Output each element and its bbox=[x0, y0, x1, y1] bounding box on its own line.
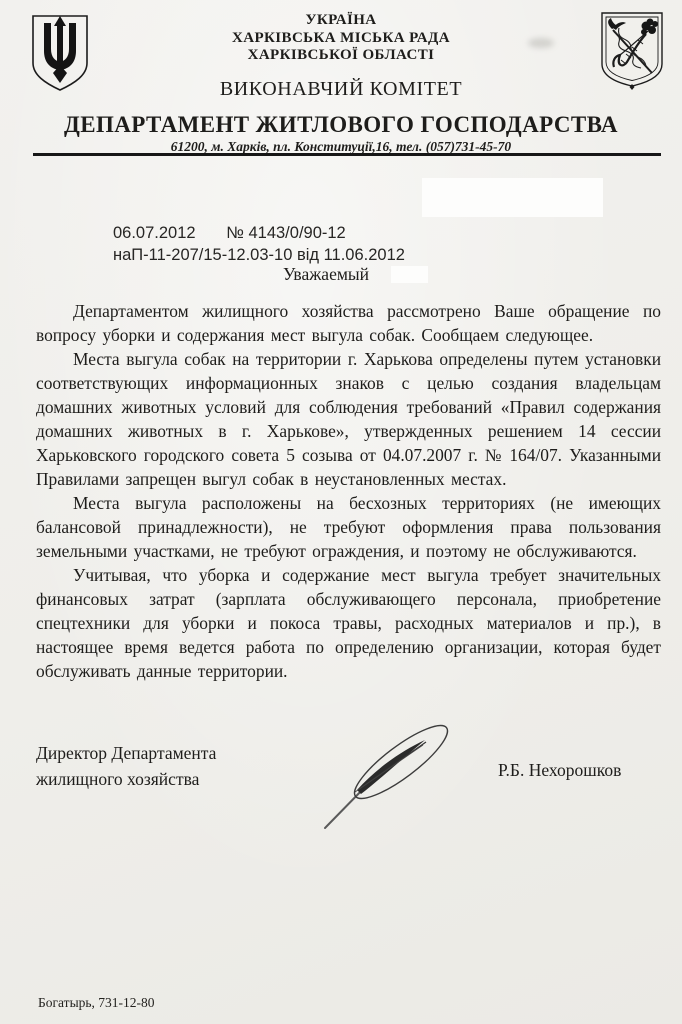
reference-line-incoming: наП-11-207/15-12.03-10 від 11.06.2012 bbox=[113, 244, 405, 266]
ukraine-trident-icon bbox=[29, 13, 91, 93]
reference-line-outgoing: 06.07.2012 № 4143/0/90-12 bbox=[113, 222, 405, 244]
salutation: Уважаемый bbox=[283, 264, 369, 285]
body-paragraph: Учитывая, что уборка и содержание мест в… bbox=[36, 563, 661, 683]
scanned-letter-page: УКРАЇНА ХАРКІВСЬКА МІСЬКА РАДА ХАРКІВСЬК… bbox=[0, 0, 682, 1024]
kharkiv-coat-of-arms-icon bbox=[599, 10, 665, 90]
letterhead-committee: ВИКОНАВЧИЙ КОМІТЕТ bbox=[106, 78, 576, 100]
letterhead-divider bbox=[33, 153, 661, 156]
executor-footer: Богатырь, 731-12-80 bbox=[38, 995, 155, 1011]
reference-block: 06.07.2012 № 4143/0/90-12 наП-11-207/15-… bbox=[113, 222, 405, 266]
signer-name: Р.Б. Нехорошков bbox=[498, 760, 621, 781]
handwritten-signature bbox=[295, 700, 475, 845]
letterhead-country: УКРАЇНА bbox=[106, 12, 576, 30]
body-paragraph: Департаментом жилищного хозяйства рассмо… bbox=[36, 299, 661, 347]
letterhead-council-line2: ХАРКІВСЬКОЇ ОБЛАСТІ bbox=[106, 47, 576, 65]
letter-body: Департаментом жилищного хозяйства рассмо… bbox=[36, 299, 661, 683]
letterhead: УКРАЇНА ХАРКІВСЬКА МІСЬКА РАДА ХАРКІВСЬК… bbox=[106, 12, 576, 100]
department-title: ДЕПАРТАМЕНТ ЖИТЛОВОГО ГОСПОДАРСТВА bbox=[0, 112, 682, 138]
body-paragraph: Места выгула собак на территории г. Харь… bbox=[36, 347, 661, 491]
outgoing-number: № 4143/0/90-12 bbox=[226, 224, 346, 242]
redaction-box-addressee bbox=[422, 178, 603, 217]
signer-title: Директор Департамента жилищного хозяйств… bbox=[36, 740, 216, 792]
signer-title-line1: Директор Департамента bbox=[36, 740, 216, 766]
redaction-box-name bbox=[391, 266, 428, 283]
letterhead-council-line1: ХАРКІВСЬКА МІСЬКА РАДА bbox=[106, 30, 576, 48]
scan-smudge bbox=[528, 38, 554, 48]
body-paragraph: Места выгула расположены на бесхозных те… bbox=[36, 491, 661, 563]
outgoing-date: 06.07.2012 bbox=[113, 224, 196, 242]
signer-title-line2: жилищного хозяйства bbox=[36, 766, 216, 792]
